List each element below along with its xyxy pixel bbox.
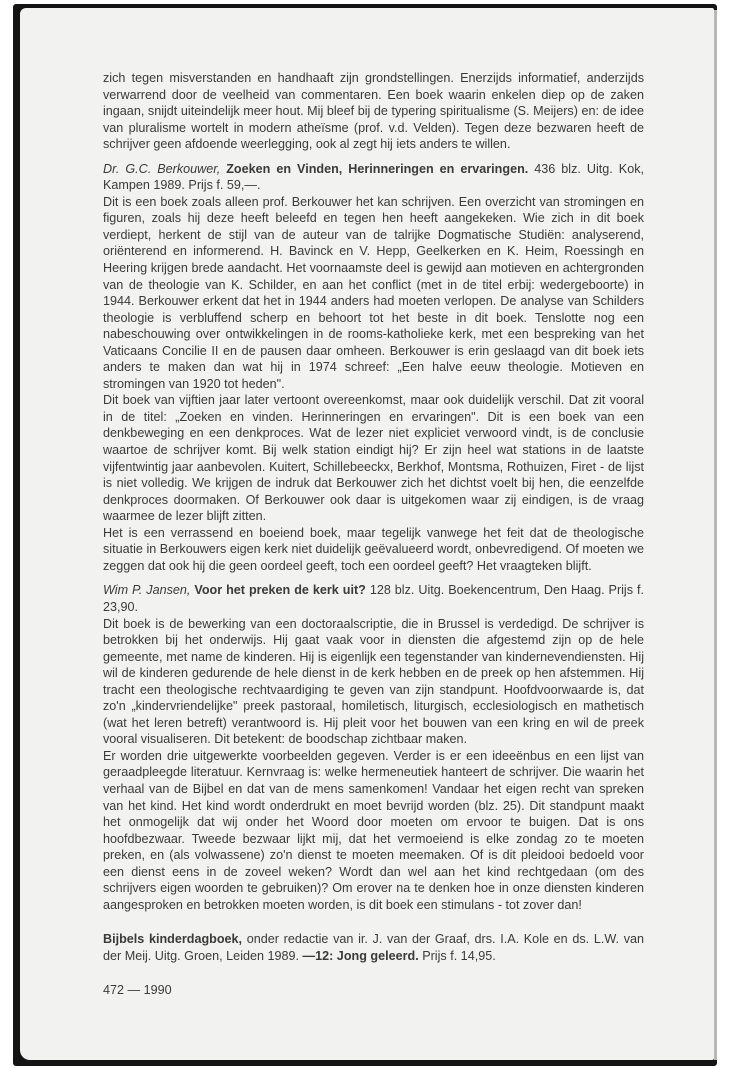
review-part: —12: Jong geleerd. [303, 949, 419, 963]
review-author: Wim P. Jansen, [103, 583, 190, 597]
paragraph: zich tegen misverstanden en handhaaft zi… [103, 70, 644, 153]
paragraph: Dit boek is de bewerking van een doctora… [103, 616, 644, 748]
review-author: Dr. G.C. Berkouwer, [103, 162, 220, 176]
paragraph: Het is een verrassend en boeiend boek, m… [103, 525, 644, 575]
margin [717, 0, 738, 1068]
review-title: Voor het preken de kerk uit? [194, 583, 365, 597]
page-number: 472 — 1990 [103, 982, 644, 999]
review-price: Prijs f. 14,95. [422, 949, 496, 963]
spacer [103, 574, 644, 582]
spacer [103, 913, 644, 931]
review-title: Zoeken en Vinden, Herinneringen en ervar… [226, 162, 528, 176]
review-heading: Wim P. Jansen, Voor het preken de kerk u… [103, 582, 644, 615]
page-content: zich tegen misverstanden en handhaaft zi… [103, 70, 644, 999]
paragraph: Dit is een boek zoals alleen prof. Berko… [103, 194, 644, 393]
paragraph: Er worden drie uitgewerkte voorbeelden g… [103, 748, 644, 913]
review-heading: Dr. G.C. Berkouwer, Zoeken en Vinden, He… [103, 161, 644, 194]
spacer [103, 964, 644, 982]
spacer [103, 153, 644, 161]
paragraph: Dit boek van vijftien jaar later vertoon… [103, 392, 644, 524]
review-title: Bijbels kinderdagboek, [103, 932, 242, 946]
review-heading: Bijbels kinderdagboek, onder redactie va… [103, 931, 644, 964]
